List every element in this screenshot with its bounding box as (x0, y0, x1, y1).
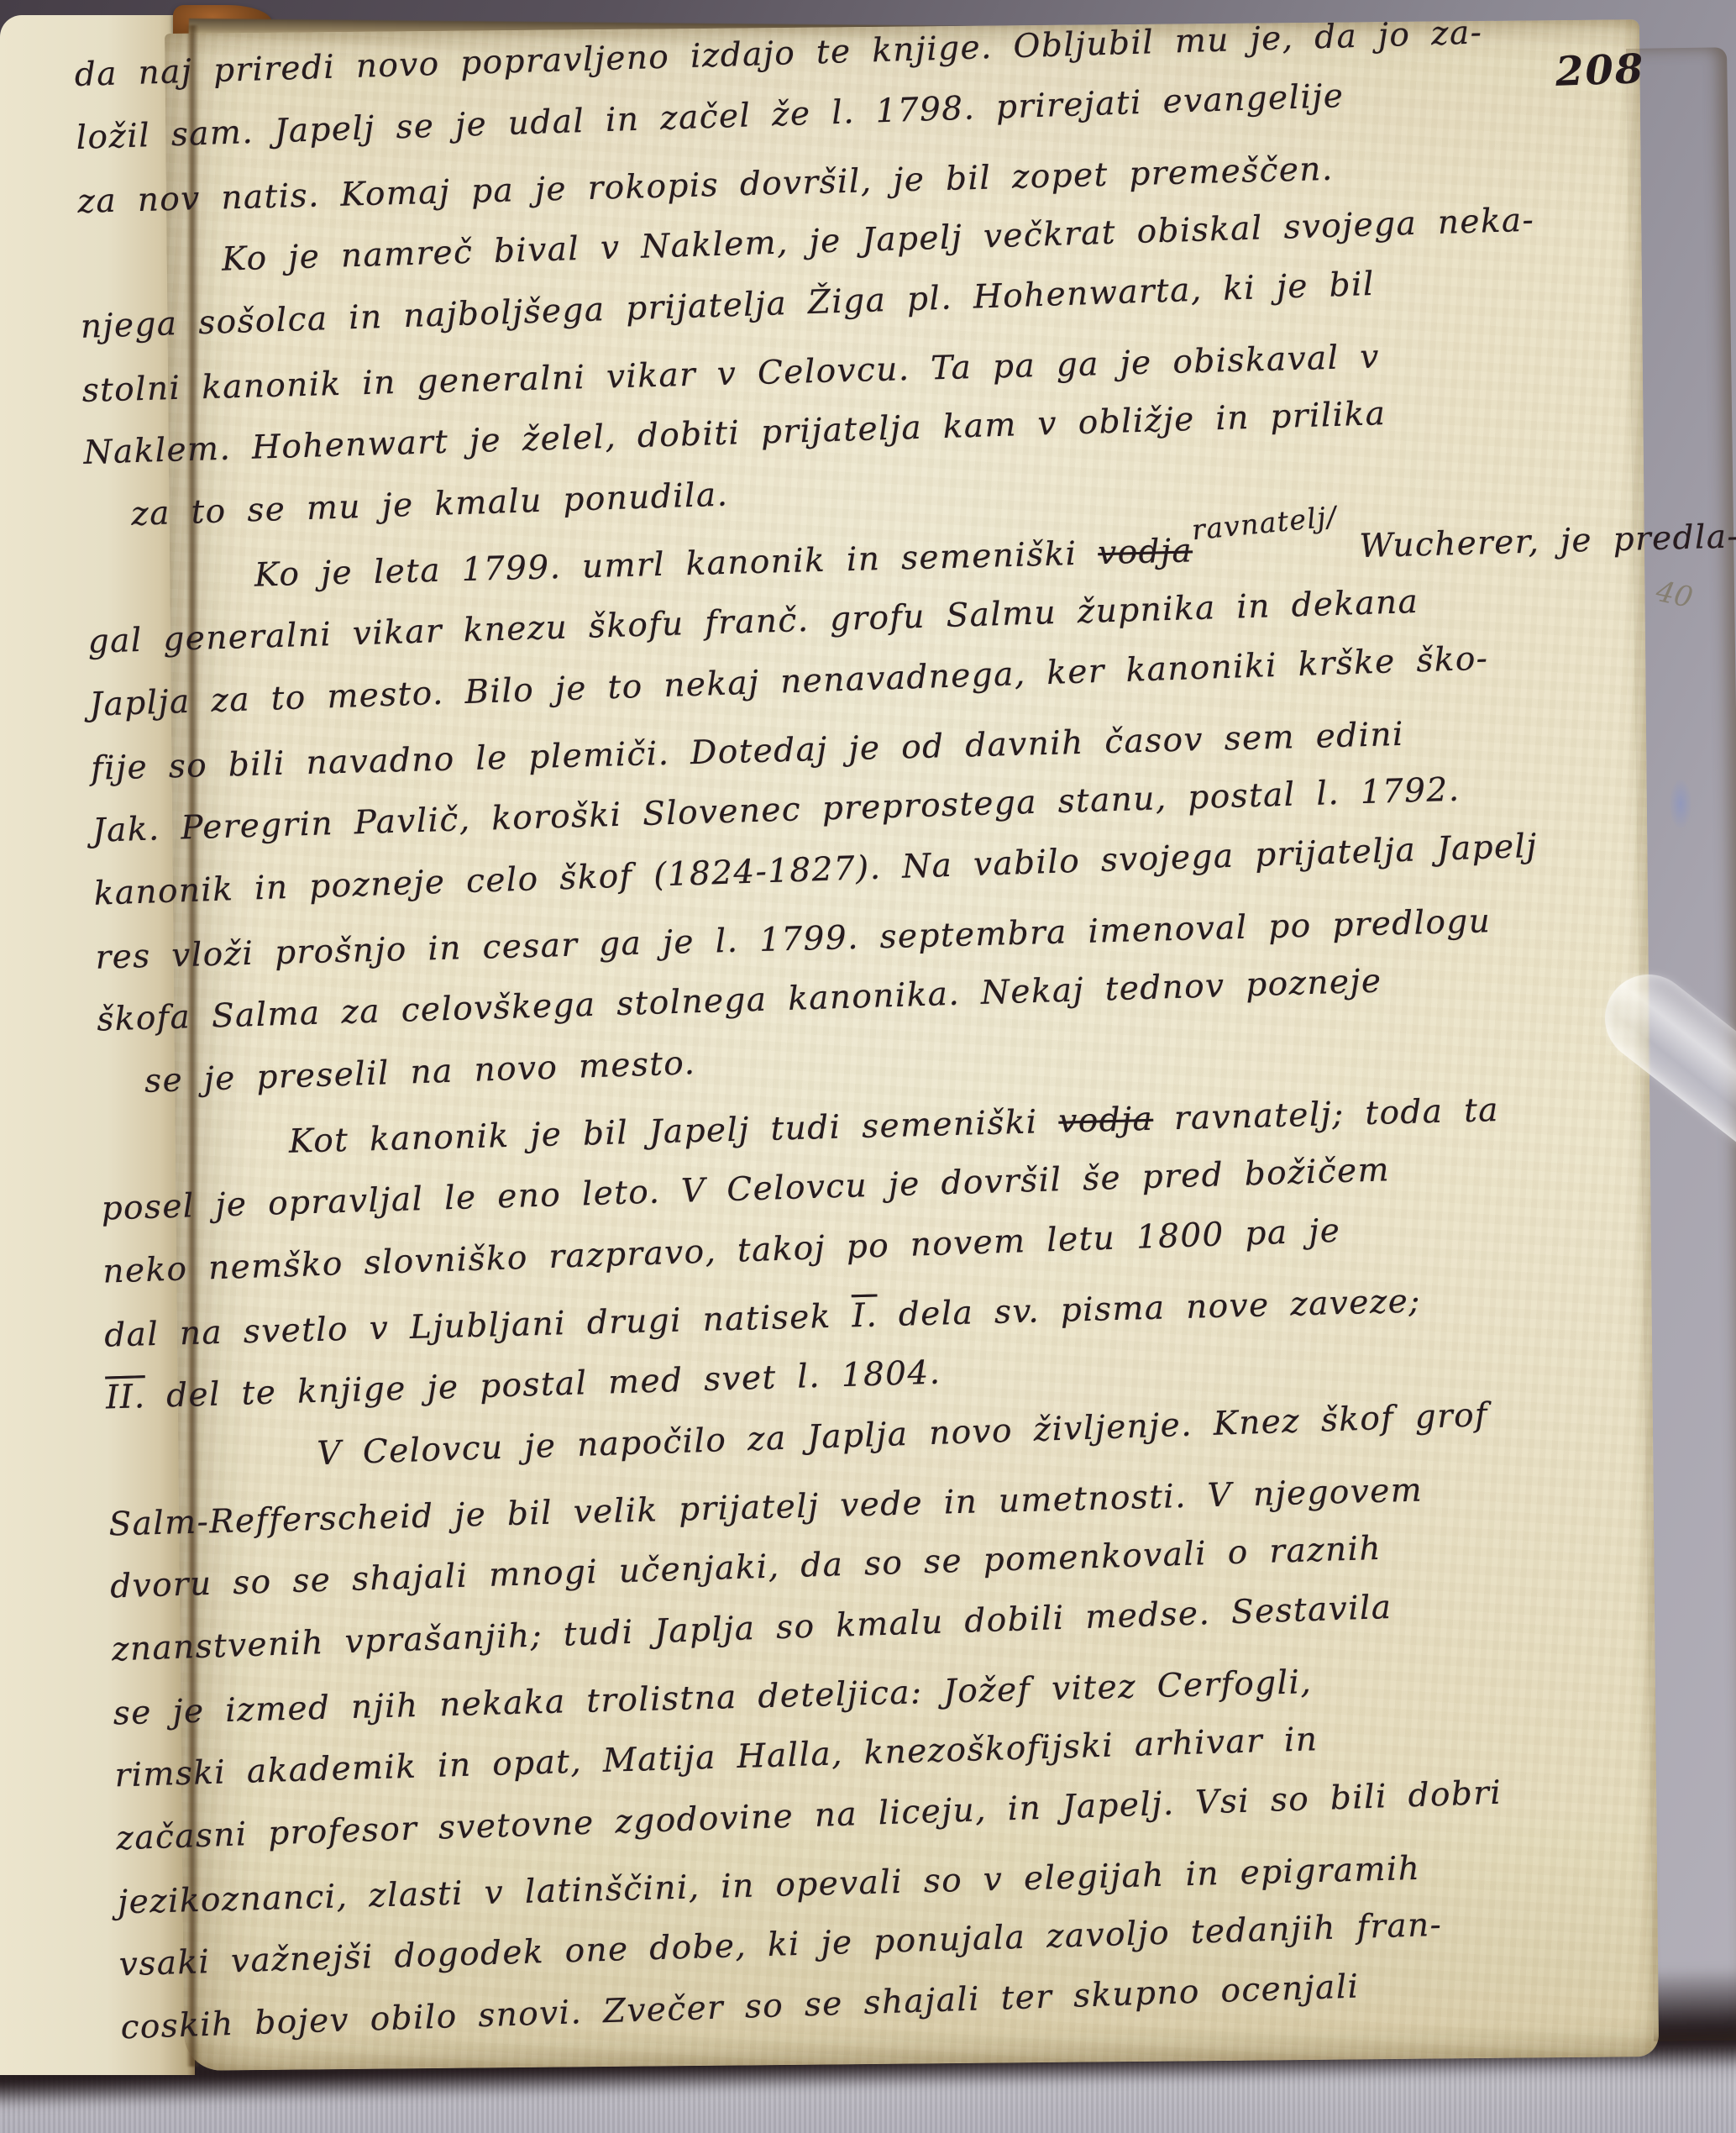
roman-numeral: II. (105, 1378, 146, 1416)
margin-pencil-mark: 40 (1653, 575, 1696, 615)
text-segment: se je preselil na novo mesto. (144, 1044, 696, 1101)
struck-word: vodja (1058, 1101, 1154, 1141)
manuscript: da naj priredi novo popravljeno izdajo t… (74, 8, 1658, 2059)
inserted-word-above: ravnatelj/ (1193, 517, 1338, 531)
text-segment: dela sv. pisma nove zaveze; (877, 1283, 1421, 1335)
roman-numeral: I. (852, 1296, 878, 1335)
struck-word: vodja (1098, 532, 1193, 572)
text-segment: ravnatelj; toda ta (1153, 1091, 1500, 1138)
text-segment: dal na svetlo v Ljubljani drugi natisek (104, 1297, 852, 1354)
manuscript-lines: da naj priredi novo popravljeno izdajo t… (74, 8, 1658, 2059)
text-segment: za to se mu je kmalu ponudila. (130, 475, 729, 533)
text-segment: Wucherer, je predla- (1338, 517, 1736, 565)
blue-ink-smudge (1670, 780, 1691, 828)
manuscript-photo: 40 208 da naj priredi novo popravljeno i… (0, 0, 1736, 2133)
